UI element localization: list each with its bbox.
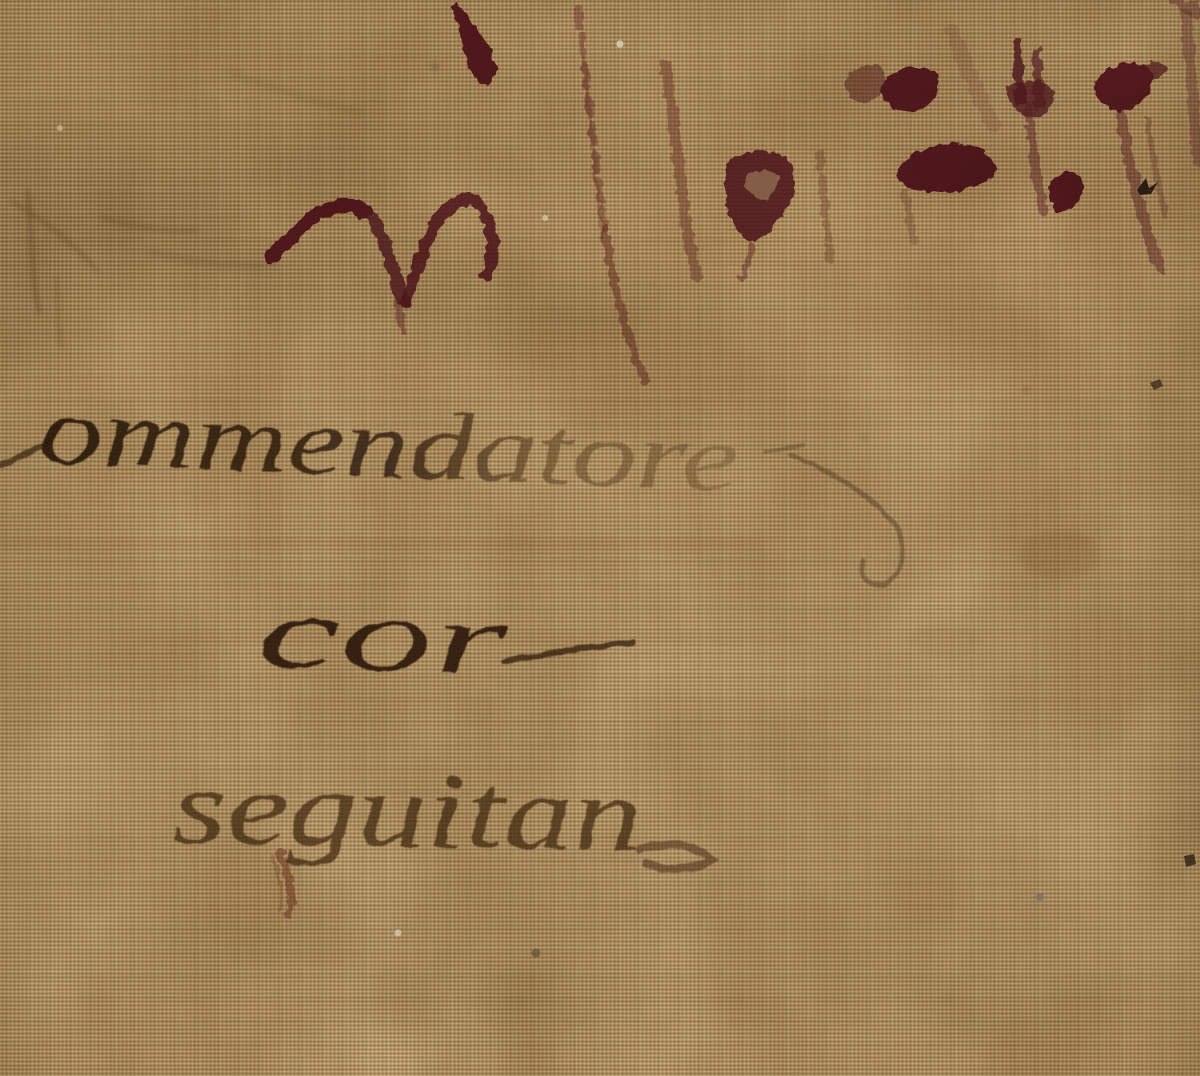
canvas-verso-photo: ommendatore cor seguitan: [0, 0, 1200, 1076]
markings-overlay: ommendatore cor seguitan: [0, 0, 1200, 1076]
grain-noise: [0, 0, 1200, 1076]
